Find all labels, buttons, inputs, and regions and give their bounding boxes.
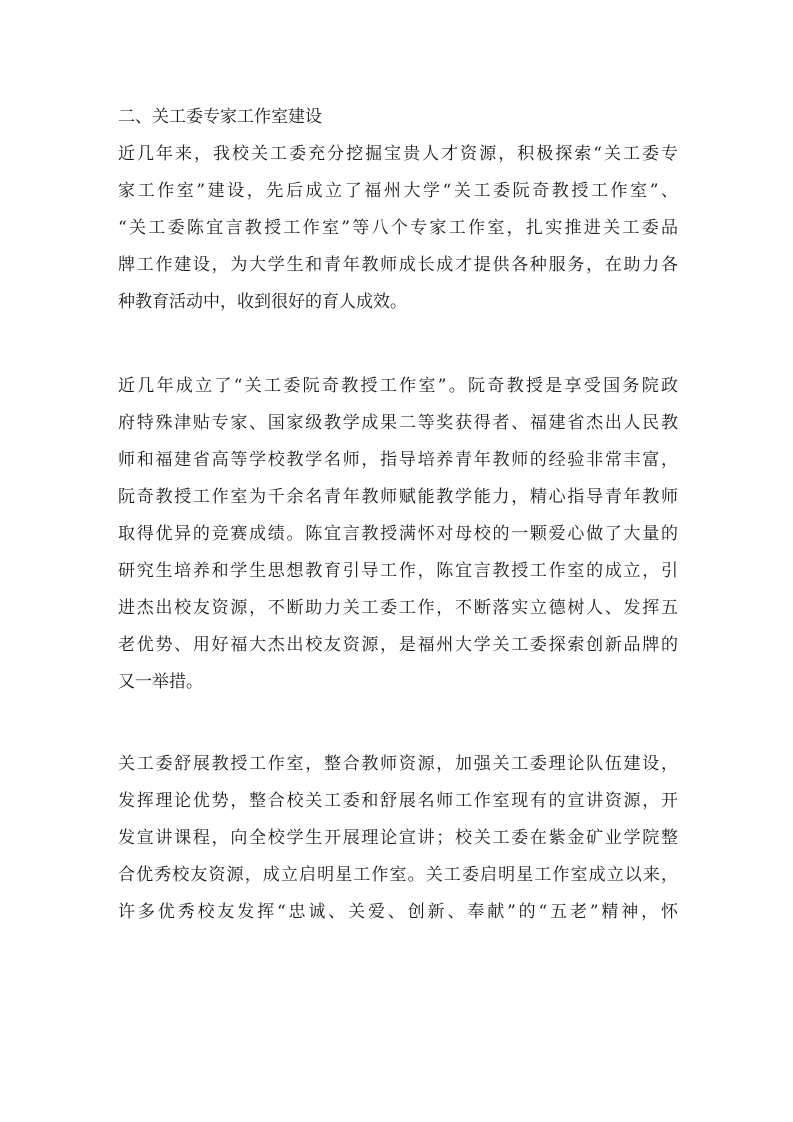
paragraph-2-line-9: 又一举措。: [118, 671, 678, 693]
paragraph-2-line-1: 近几年成立了“关工委阮奇教授工作室”。阮奇教授是享受国务院政: [118, 375, 678, 397]
paragraph-2-line-5: 取得优异的竞赛成绩。陈宜言教授满怀对母校的一颗爱心做了大量的: [118, 523, 678, 545]
paragraph-3-line-1: 关工委舒展教授工作室，整合教师资源，加强关工委理论队伍建设，: [118, 753, 678, 775]
document-page: 二、关工委专家工作室建设 近几年来，我校关工委充分挖掘宝贵人才资源，积极探索“关…: [0, 0, 793, 1122]
paragraph-1-line-3: “关工委陈宜言教授工作室”等八个专家工作室，扎实推进关工委品: [118, 217, 678, 239]
paragraph-2-line-4: 阮奇教授工作室为千余名青年教师赋能教学能力，精心指导青年教师: [118, 486, 678, 508]
paragraph-2-line-3: 师和福建省高等学校教学名师，指导培养青年教师的经验非常丰富，: [118, 449, 678, 471]
paragraph-3-line-4: 合优秀校友资源，成立启明星工作室。关工委启明星工作室成立以来，: [118, 864, 678, 886]
paragraph-1-line-4: 牌工作建设，为大学生和青年教师成长成才提供各种服务，在助力各: [118, 254, 678, 276]
section-heading: 二、关工委专家工作室建设: [118, 106, 678, 128]
paragraph-2-line-7: 进杰出校友资源，不断助力关工委工作，不断落实立德树人、发挥五: [118, 597, 678, 619]
paragraph-2-line-8: 老优势、用好福大杰出校友资源，是福州大学关工委探索创新品牌的: [118, 634, 678, 656]
paragraph-1-line-5: 种教育活动中，收到很好的育人成效。: [118, 291, 678, 313]
paragraph-3-line-2: 发挥理论优势，整合校关工委和舒展名师工作室现有的宣讲资源，开: [118, 790, 678, 812]
paragraph-1-line-2: 家工作室”建设，先后成立了福州大学“关工委阮奇教授工作室”、: [118, 180, 678, 202]
paragraph-3-line-3: 发宣讲课程，向全校学生开展理论宣讲；校关工委在紫金矿业学院整: [118, 827, 678, 849]
paragraph-2-line-6: 研究生培养和学生思想教育引导工作，陈宜言教授工作室的成立，引: [118, 560, 678, 582]
paragraph-1-line-1: 近几年来，我校关工委充分挖掘宝贵人才资源，积极探索“关工委专: [118, 143, 678, 165]
paragraph-2-line-2: 府特殊津贴专家、国家级教学成果二等奖获得者、福建省杰出人民教: [118, 412, 678, 434]
paragraph-3-line-5: 许多优秀校友发挥“忠诚、关爱、创新、奉献”的“五老”精神，怀: [118, 901, 678, 923]
